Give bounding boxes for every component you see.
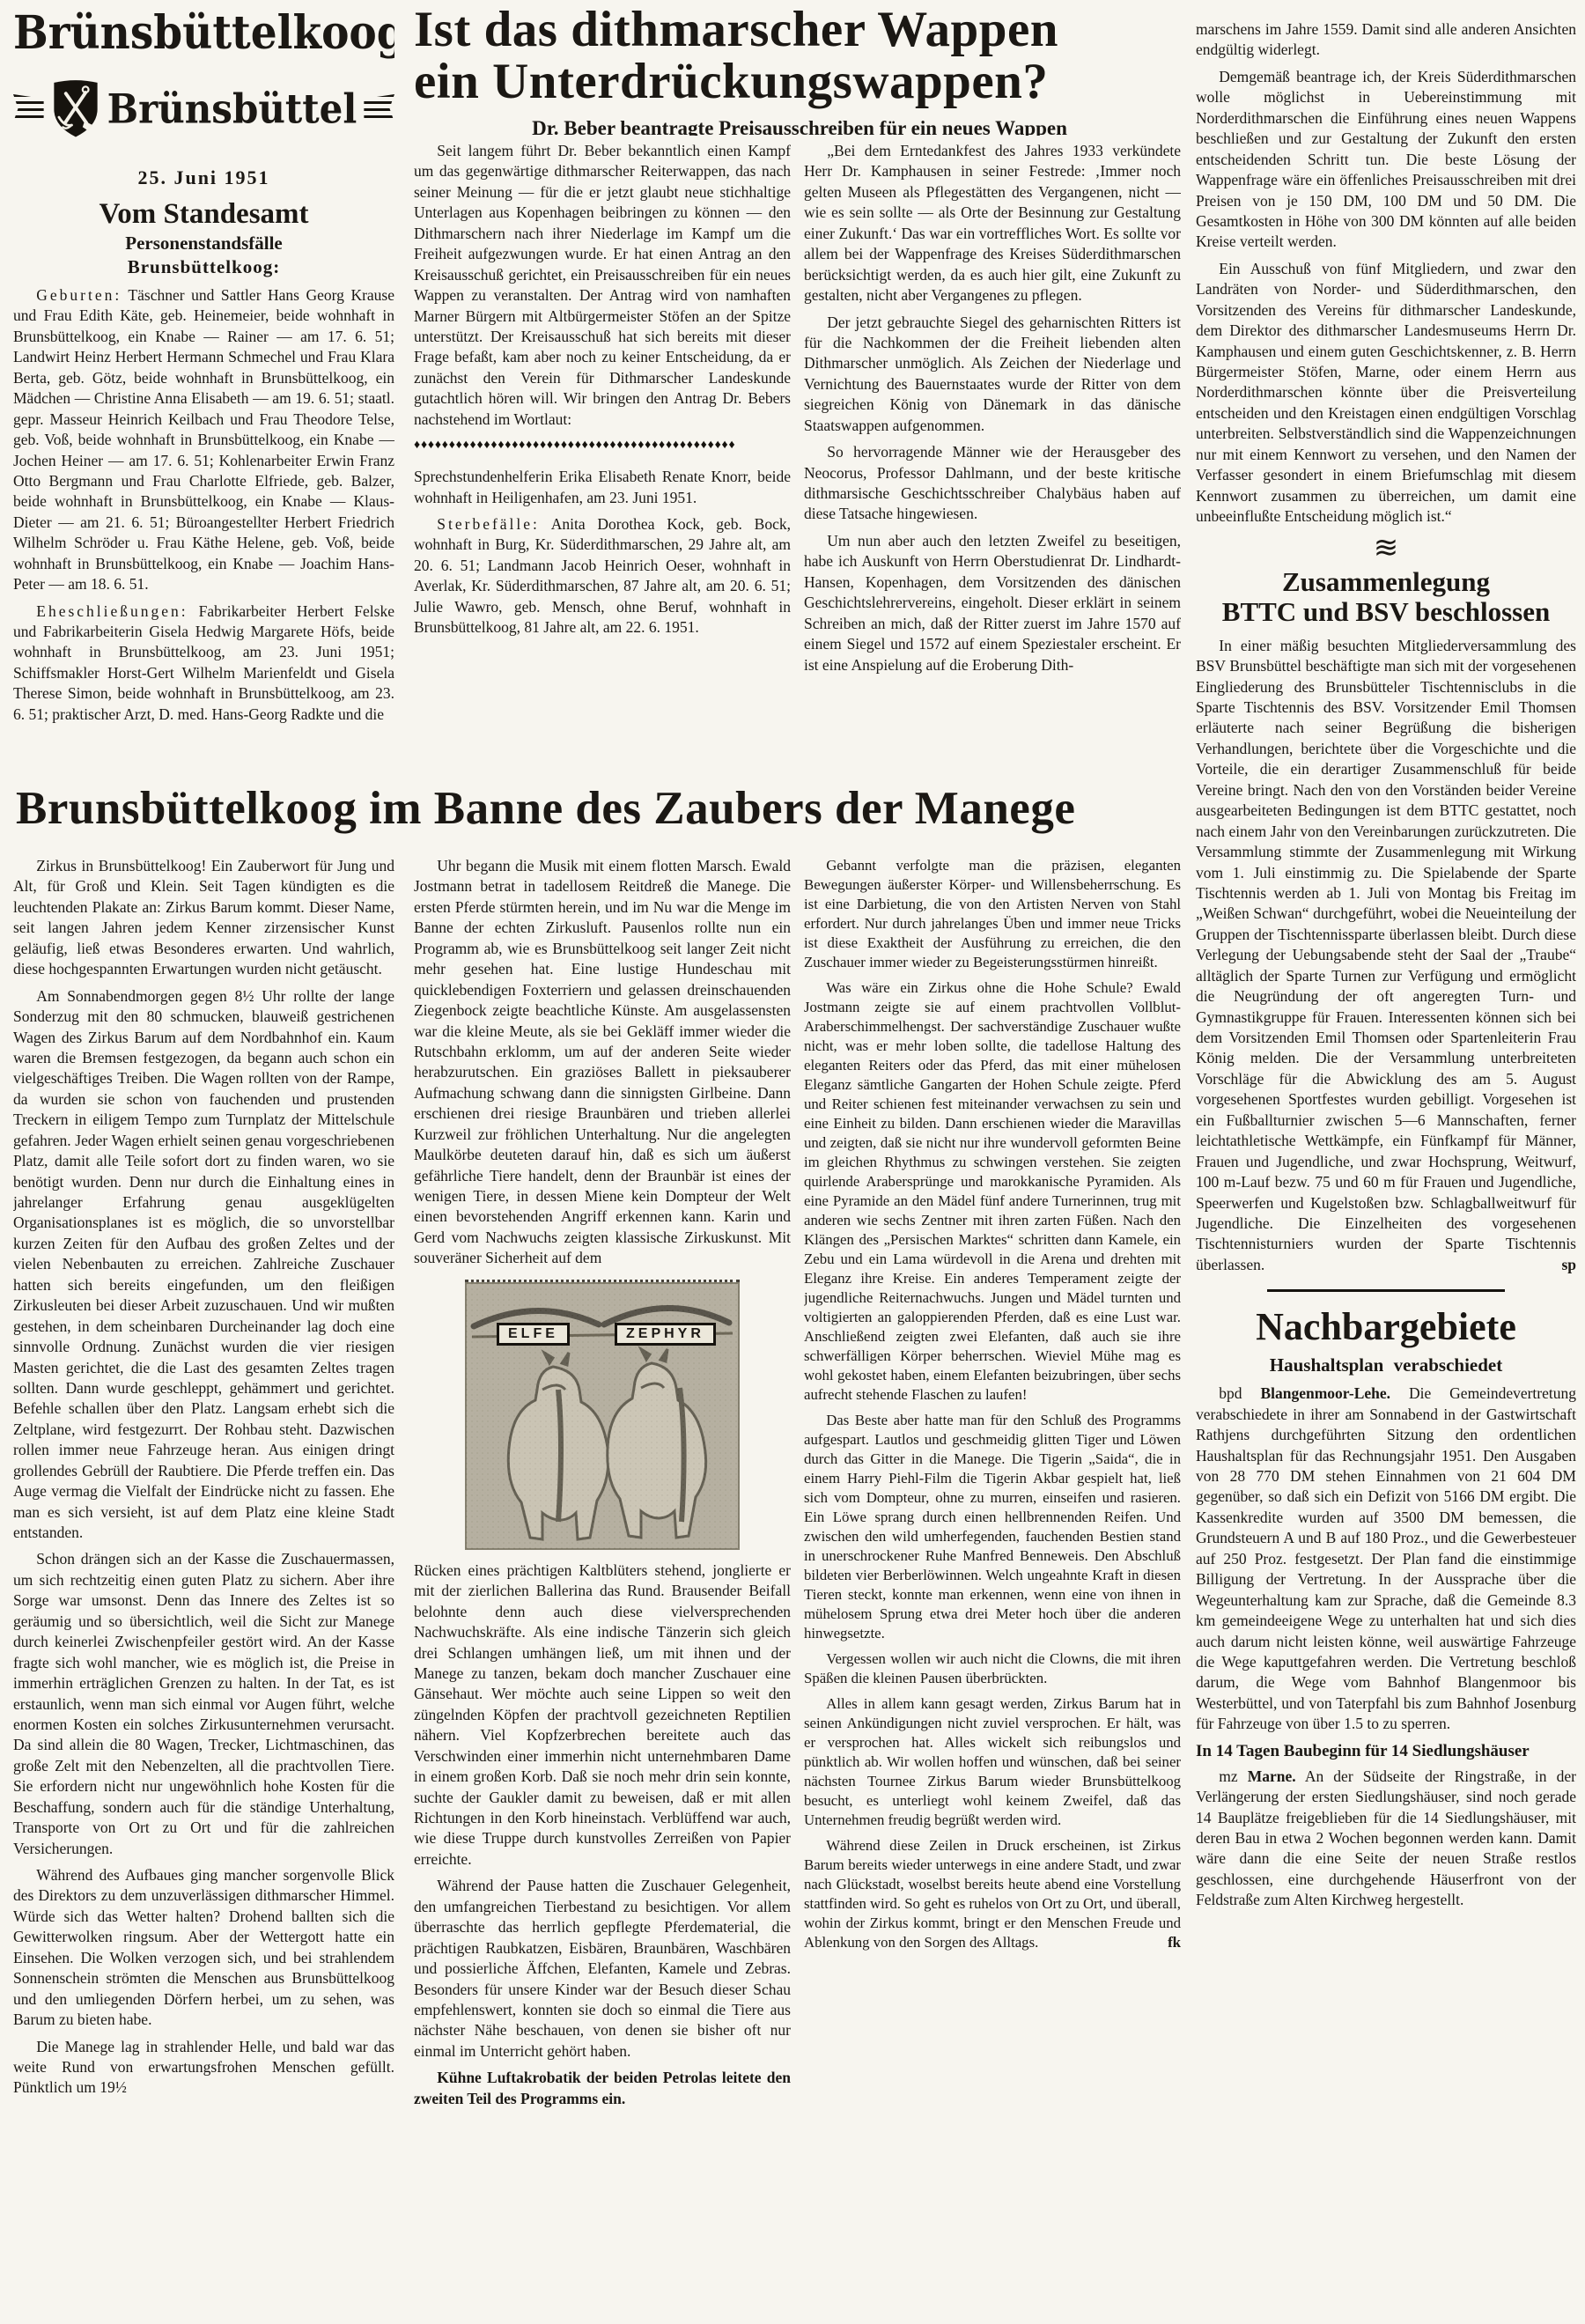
births-lead: Geburten: xyxy=(36,286,122,304)
masthead-title-line2: Brünsbüttel xyxy=(107,85,358,132)
masthead-and-standesamt-column: Brünsbüttelkoog Brünsbüttel 25. Juni 195… xyxy=(13,5,394,777)
bttc-headline-line1: Zusammenlegung xyxy=(1282,566,1490,597)
wappen-paragraph: „Bei dem Erntedankfest des Jahres 1933 v… xyxy=(804,141,1181,306)
circus-paragraph: Am Sonnabendmorgen gegen 8½ Uhr rollte d… xyxy=(13,986,394,1544)
wappen-paragraph: Der jetzt gebrauchte Siegel des geharnis… xyxy=(804,313,1181,437)
nachbargebiete-title: Nachbargebiete xyxy=(1196,1304,1576,1349)
standesamt-title: Vom Standesamt xyxy=(13,198,394,231)
siedlung-text: An der Südseite der Ringstraße, in der V… xyxy=(1196,1767,1576,1909)
wappen-subhead: Dr. Beber beantragte Preisausschreiben f… xyxy=(414,117,1185,136)
circus-column-2: Uhr begann die Musik mit einem flotten M… xyxy=(414,856,791,2320)
bttc-signature: sp xyxy=(1538,1255,1576,1275)
squiggle-divider: ≋ xyxy=(1196,534,1576,564)
circus-paragraph: Gebannt verfolgte man die präzisen, eleg… xyxy=(804,856,1181,972)
issue-date: 25. Juni 1951 xyxy=(13,166,394,189)
circus-headline-block: Brunsbüttelkoog im Banne des Zaubers der… xyxy=(16,782,1183,852)
circus-paragraph: Während der Pause hatten die Zuschauer G… xyxy=(414,1876,791,2062)
deaths-lead: Sterbefälle: xyxy=(437,515,540,533)
nachbargebiete-paragraph: bpd Blangenmoor-Lehe. Die Gemeindevertre… xyxy=(1196,1383,1576,1734)
circus-paragraph: Zirkus in Brunsbüttelkoog! Ein Zauberwor… xyxy=(13,856,394,980)
horse-name-plaque-right: ZEPHYR xyxy=(615,1323,716,1346)
ribbon-right-icon xyxy=(364,94,394,122)
circus-paragraph: Das Beste aber hatte man für den Schluß … xyxy=(804,1411,1181,1643)
circus-headline: Brunsbüttelkoog im Banne des Zaubers der… xyxy=(16,782,1183,835)
byline-place: Marne. xyxy=(1248,1767,1296,1785)
wappen-column-1: Seit langem führt Dr. Beber bekanntlich … xyxy=(414,141,791,777)
circus-paragraph: Rücken eines prächtigen Kaltblüters steh… xyxy=(414,1560,791,1870)
wappen-headline-line1: Ist das dithmarscher Wappen xyxy=(414,4,1185,55)
wappen-paragraph: Seit langem führt Dr. Beber bekanntlich … xyxy=(414,141,791,430)
masthead-title-line1: Brünsbüttelkoog xyxy=(13,6,394,61)
circus-paragraph: Die Manege lag in strahlender Helle, und… xyxy=(13,2037,394,2099)
wappen-headline-block: Ist das dithmarscher Wappen ein Unterdrü… xyxy=(414,4,1185,136)
wappen-paragraph: Ein Ausschuß von fünf Mitgliedern, und z… xyxy=(1196,259,1576,528)
births-text: Täschner und Sattler Hans Georg Krause u… xyxy=(13,286,394,593)
horses-photo: ELFE ZEPHYR xyxy=(465,1280,740,1550)
circus-column-3: Gebannt verfolgte man die präzisen, eleg… xyxy=(804,856,1181,2320)
circus-paragraph: Vergessen wollen wir auch nicht die Clow… xyxy=(804,1649,1181,1688)
deaths-text: Anita Dorothea Kock, geb. Bock, wohnhaft… xyxy=(414,515,791,636)
nachbargebiete-subhead: Haushaltsplan verabschiedet xyxy=(1196,1354,1576,1376)
bttc-headline: ZusammenlegungBTTC und BSV beschlossen xyxy=(1196,567,1576,627)
marriages-text: Fabrikarbeiter Herbert Felske und Fabrik… xyxy=(13,602,394,723)
bttc-headline-line2: BTTC und BSV beschlossen xyxy=(1222,596,1550,627)
wappen-paragraph: marschens im Jahre 1559. Damit sind alle… xyxy=(1196,19,1576,61)
wappen-paragraph: Um nun aber auch den letzten Zweifel zu … xyxy=(804,531,1181,675)
circus-bold-paragraph: Kühne Luftakrobatik der beiden Petrolas … xyxy=(414,2068,791,2109)
right-column: marschens im Jahre 1559. Damit sind alle… xyxy=(1196,19,1576,2300)
standesamt-subtitle: Personenstandsfälle xyxy=(13,232,394,255)
wappen-column-2: „Bei dem Erntedankfest des Jahres 1933 v… xyxy=(804,141,1181,777)
diamond-divider: ♦♦♦♦♦♦♦♦♦♦♦♦♦♦♦♦♦♦♦♦♦♦♦♦♦♦♦♦♦♦♦♦♦♦♦♦♦♦♦♦… xyxy=(414,439,791,453)
brunsbuettel-crest-icon xyxy=(51,63,100,154)
circus-paragraph: Während des Aufbaues ging mancher sorgen… xyxy=(13,1865,394,2031)
wappen-paragraph: Demgemäß beantrage ich, der Kreis Süderd… xyxy=(1196,67,1576,253)
circus-paragraph: Schon drängen sich an der Kasse die Zusc… xyxy=(13,1549,394,1859)
horse-name-plaque-left: ELFE xyxy=(497,1323,570,1346)
siedlung-paragraph: mz Marne. An der Südseite der Ringstraße… xyxy=(1196,1767,1576,1911)
siedlung-subhead: In 14 Tagen Baubeginn für 14 Siedlungshä… xyxy=(1196,1742,1576,1761)
circus-column-1: Zirkus in Brunsbüttelkoog! Ein Zauberwor… xyxy=(13,856,394,2320)
masthead-row: Brünsbüttel xyxy=(13,63,394,154)
circus-signature: fk xyxy=(1146,1933,1181,1952)
circus-paragraph: Was wäre ein Zirkus ohne die Hohe Schule… xyxy=(804,978,1181,1405)
circus-final-paragraph: Während diese Zeilen in Druck erscheinen… xyxy=(804,1836,1181,1952)
marriages-lead: Eheschließungen: xyxy=(36,602,188,620)
byline-prefix: mz xyxy=(1219,1767,1248,1785)
deaths-paragraph: Sterbefälle: Anita Dorothea Kock, geb. B… xyxy=(414,514,791,638)
marriages-paragraph: Eheschließungen: Fabrikarbeiter Herbert … xyxy=(13,601,394,726)
standesamt-place: Brunsbüttelkoog: xyxy=(13,256,394,278)
bttc-body: In einer mäßig besuchten Mitgliederversa… xyxy=(1196,636,1576,1276)
bttc-body-text: In einer mäßig besuchten Mitgliederversa… xyxy=(1196,637,1576,1273)
circus-paragraph: Uhr begann die Musik mit einem flotten M… xyxy=(414,856,791,1269)
nachbargebiete-text: Die Gemeindevertretung verabschiedete in… xyxy=(1196,1384,1576,1732)
byline-place: Blangenmoor-Lehe. xyxy=(1260,1384,1390,1402)
wappen-headline-line2: ein Unterdrückungswappen? xyxy=(414,55,1185,107)
circus-paragraph: Alles in allem kann gesagt werden, Zirku… xyxy=(804,1694,1181,1830)
wappen-paragraph: So hervorragende Männer wie der Herausge… xyxy=(804,442,1181,525)
byline-prefix: bpd xyxy=(1219,1384,1260,1402)
births-paragraph: Geburten: Täschner und Sattler Hans Geor… xyxy=(13,285,394,595)
circus-final-text: Während diese Zeilen in Druck erscheinen… xyxy=(804,1837,1181,1951)
ribbon-left-icon xyxy=(13,94,44,122)
marriages-continuation: Sprechstundenhelferin Erika Elisabeth Re… xyxy=(414,467,791,508)
newspaper-page: Brünsbüttelkoog Brünsbüttel 25. Juni 195… xyxy=(0,0,1585,2324)
section-rule xyxy=(1267,1289,1505,1292)
